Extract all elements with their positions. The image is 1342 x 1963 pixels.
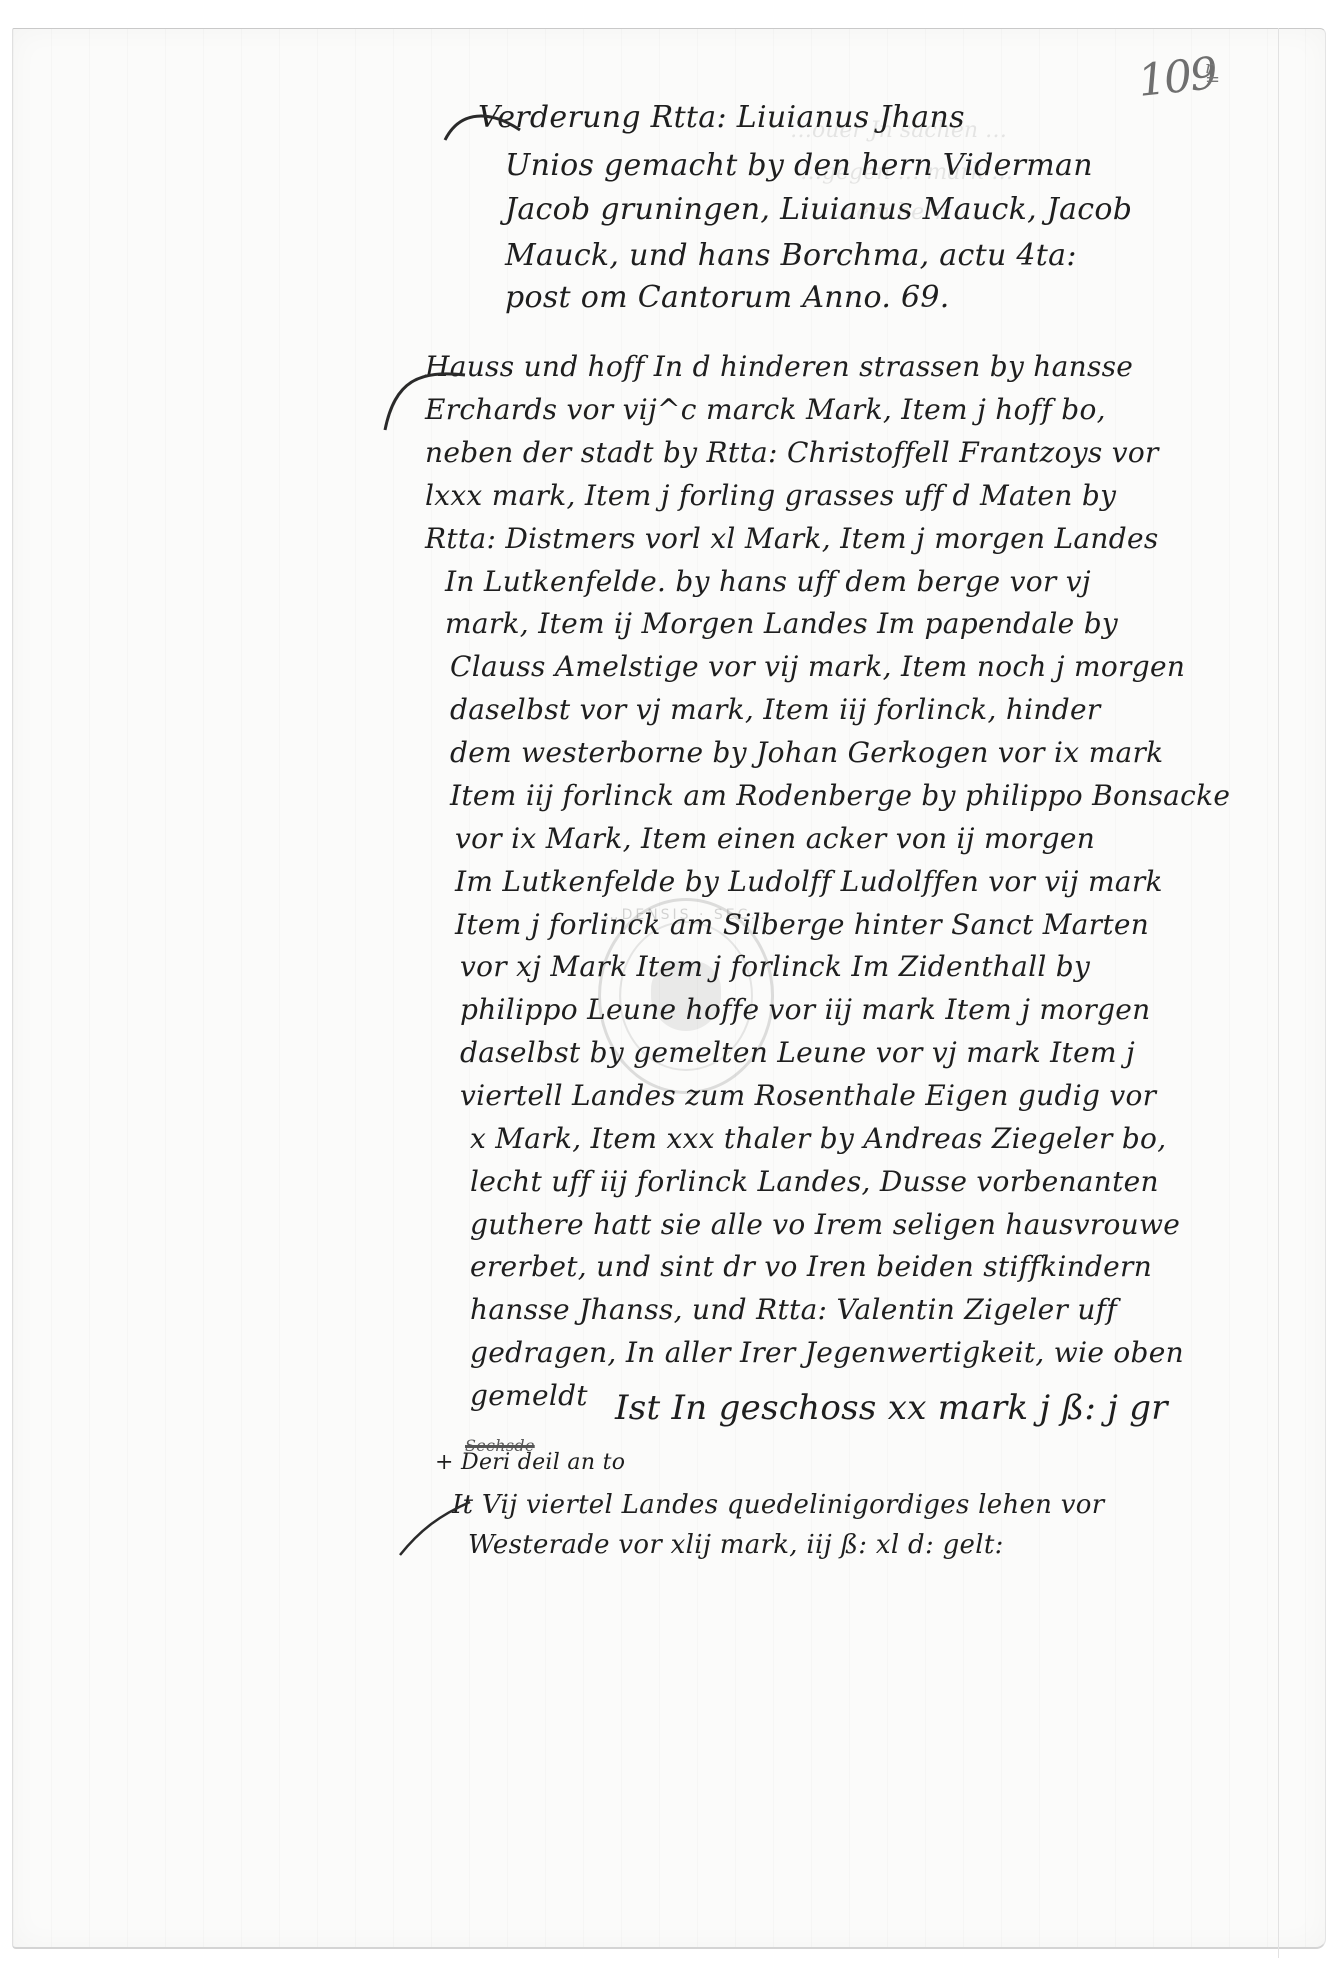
body-line: lxxx mark, Item j forling grasses uff d … xyxy=(425,479,1116,512)
body-line: guthere hatt sie alle vo Irem seligen ha… xyxy=(470,1208,1180,1241)
heading-line: Verderung Rtta: Liuianus Jhans xyxy=(478,100,965,135)
library-stamp: …DENSIS · SEC… xyxy=(598,898,774,1094)
body-line: neben der stadt by Rtta: Christoffell Fr… xyxy=(425,436,1159,469)
body-line: Item j forlinck am Silberge hinter Sanct… xyxy=(455,908,1149,941)
body-line: hansse Jhanss, und Rtta: Valentin Zigele… xyxy=(470,1293,1117,1326)
body-line: Rtta: Distmers vorl xl Mark, Item j morg… xyxy=(425,522,1159,555)
body-line: vor xj Mark Item j forlinck Im Zidenthal… xyxy=(460,950,1090,983)
body-line: dem westerborne by Johan Gerkogen vor ix… xyxy=(450,736,1163,769)
page-fold-line xyxy=(1278,28,1279,1958)
stamp-emblem-icon xyxy=(651,961,721,1031)
heading-line: Jacob gruningen, Liuianus Mauck, Jacob xyxy=(505,192,1132,227)
body-line: daselbst by gemelten Leune vor vj mark I… xyxy=(460,1036,1135,1069)
body-line: mark, Item ij Morgen Landes Im papendale… xyxy=(445,607,1118,640)
body-line: gedragen, In aller Irer Jegenwertigkeit,… xyxy=(470,1336,1184,1369)
heading-line: Mauck, und hans Borchma, actu 4ta: xyxy=(505,238,1077,273)
folio-suffix: r= xyxy=(1205,62,1220,86)
heading-line: Unios gemacht by den hern Viderman xyxy=(505,148,1093,183)
body-line: ererbet, und sint dr vo Iren beiden stif… xyxy=(470,1250,1152,1283)
body-line: Item iij forlinck am Rodenberge by phili… xyxy=(450,779,1230,812)
body-line: vor ix Mark, Item einen acker von ij mor… xyxy=(455,822,1095,855)
body-line: Im Lutkenfelde by Ludolff Ludolffen vor … xyxy=(455,865,1163,898)
body-line: gemeldt xyxy=(470,1379,588,1412)
heading-line: post om Cantorum Anno. 69. xyxy=(505,280,950,315)
addendum-line: It Vij viertel Landes quedelinigordiges … xyxy=(452,1490,1104,1520)
body-line: In Lutkenfelde. by hans uff dem berge vo… xyxy=(445,565,1091,598)
body-line: Erchards vor vij^c marck Mark, Item j ho… xyxy=(425,393,1106,426)
body-line: x Mark, Item xxx thaler by Andreas Ziege… xyxy=(470,1122,1166,1155)
body-line: philippo Leune hoffe vor iij mark Item j… xyxy=(460,993,1151,1026)
sum-line: Ist In geschoss xx mark j ß: j gr xyxy=(615,1388,1168,1428)
body-line: viertell Landes zum Rosenthale Eigen gud… xyxy=(460,1079,1156,1112)
body-line: daselbst vor vj mark, Item iij forlinck,… xyxy=(450,693,1101,726)
addendum-line: Westerade vor xlij mark, iij ß: xl d: ge… xyxy=(468,1530,1004,1560)
body-line: Clauss Amelstige vor vij mark, Item noch… xyxy=(450,650,1185,683)
body-line: lecht uff iij forlinck Landes, Dusse vor… xyxy=(470,1165,1159,1198)
body-line: Hauss und hoff In d hinderen strassen by… xyxy=(425,350,1133,383)
struck-text: Sechsde xyxy=(465,1436,535,1455)
